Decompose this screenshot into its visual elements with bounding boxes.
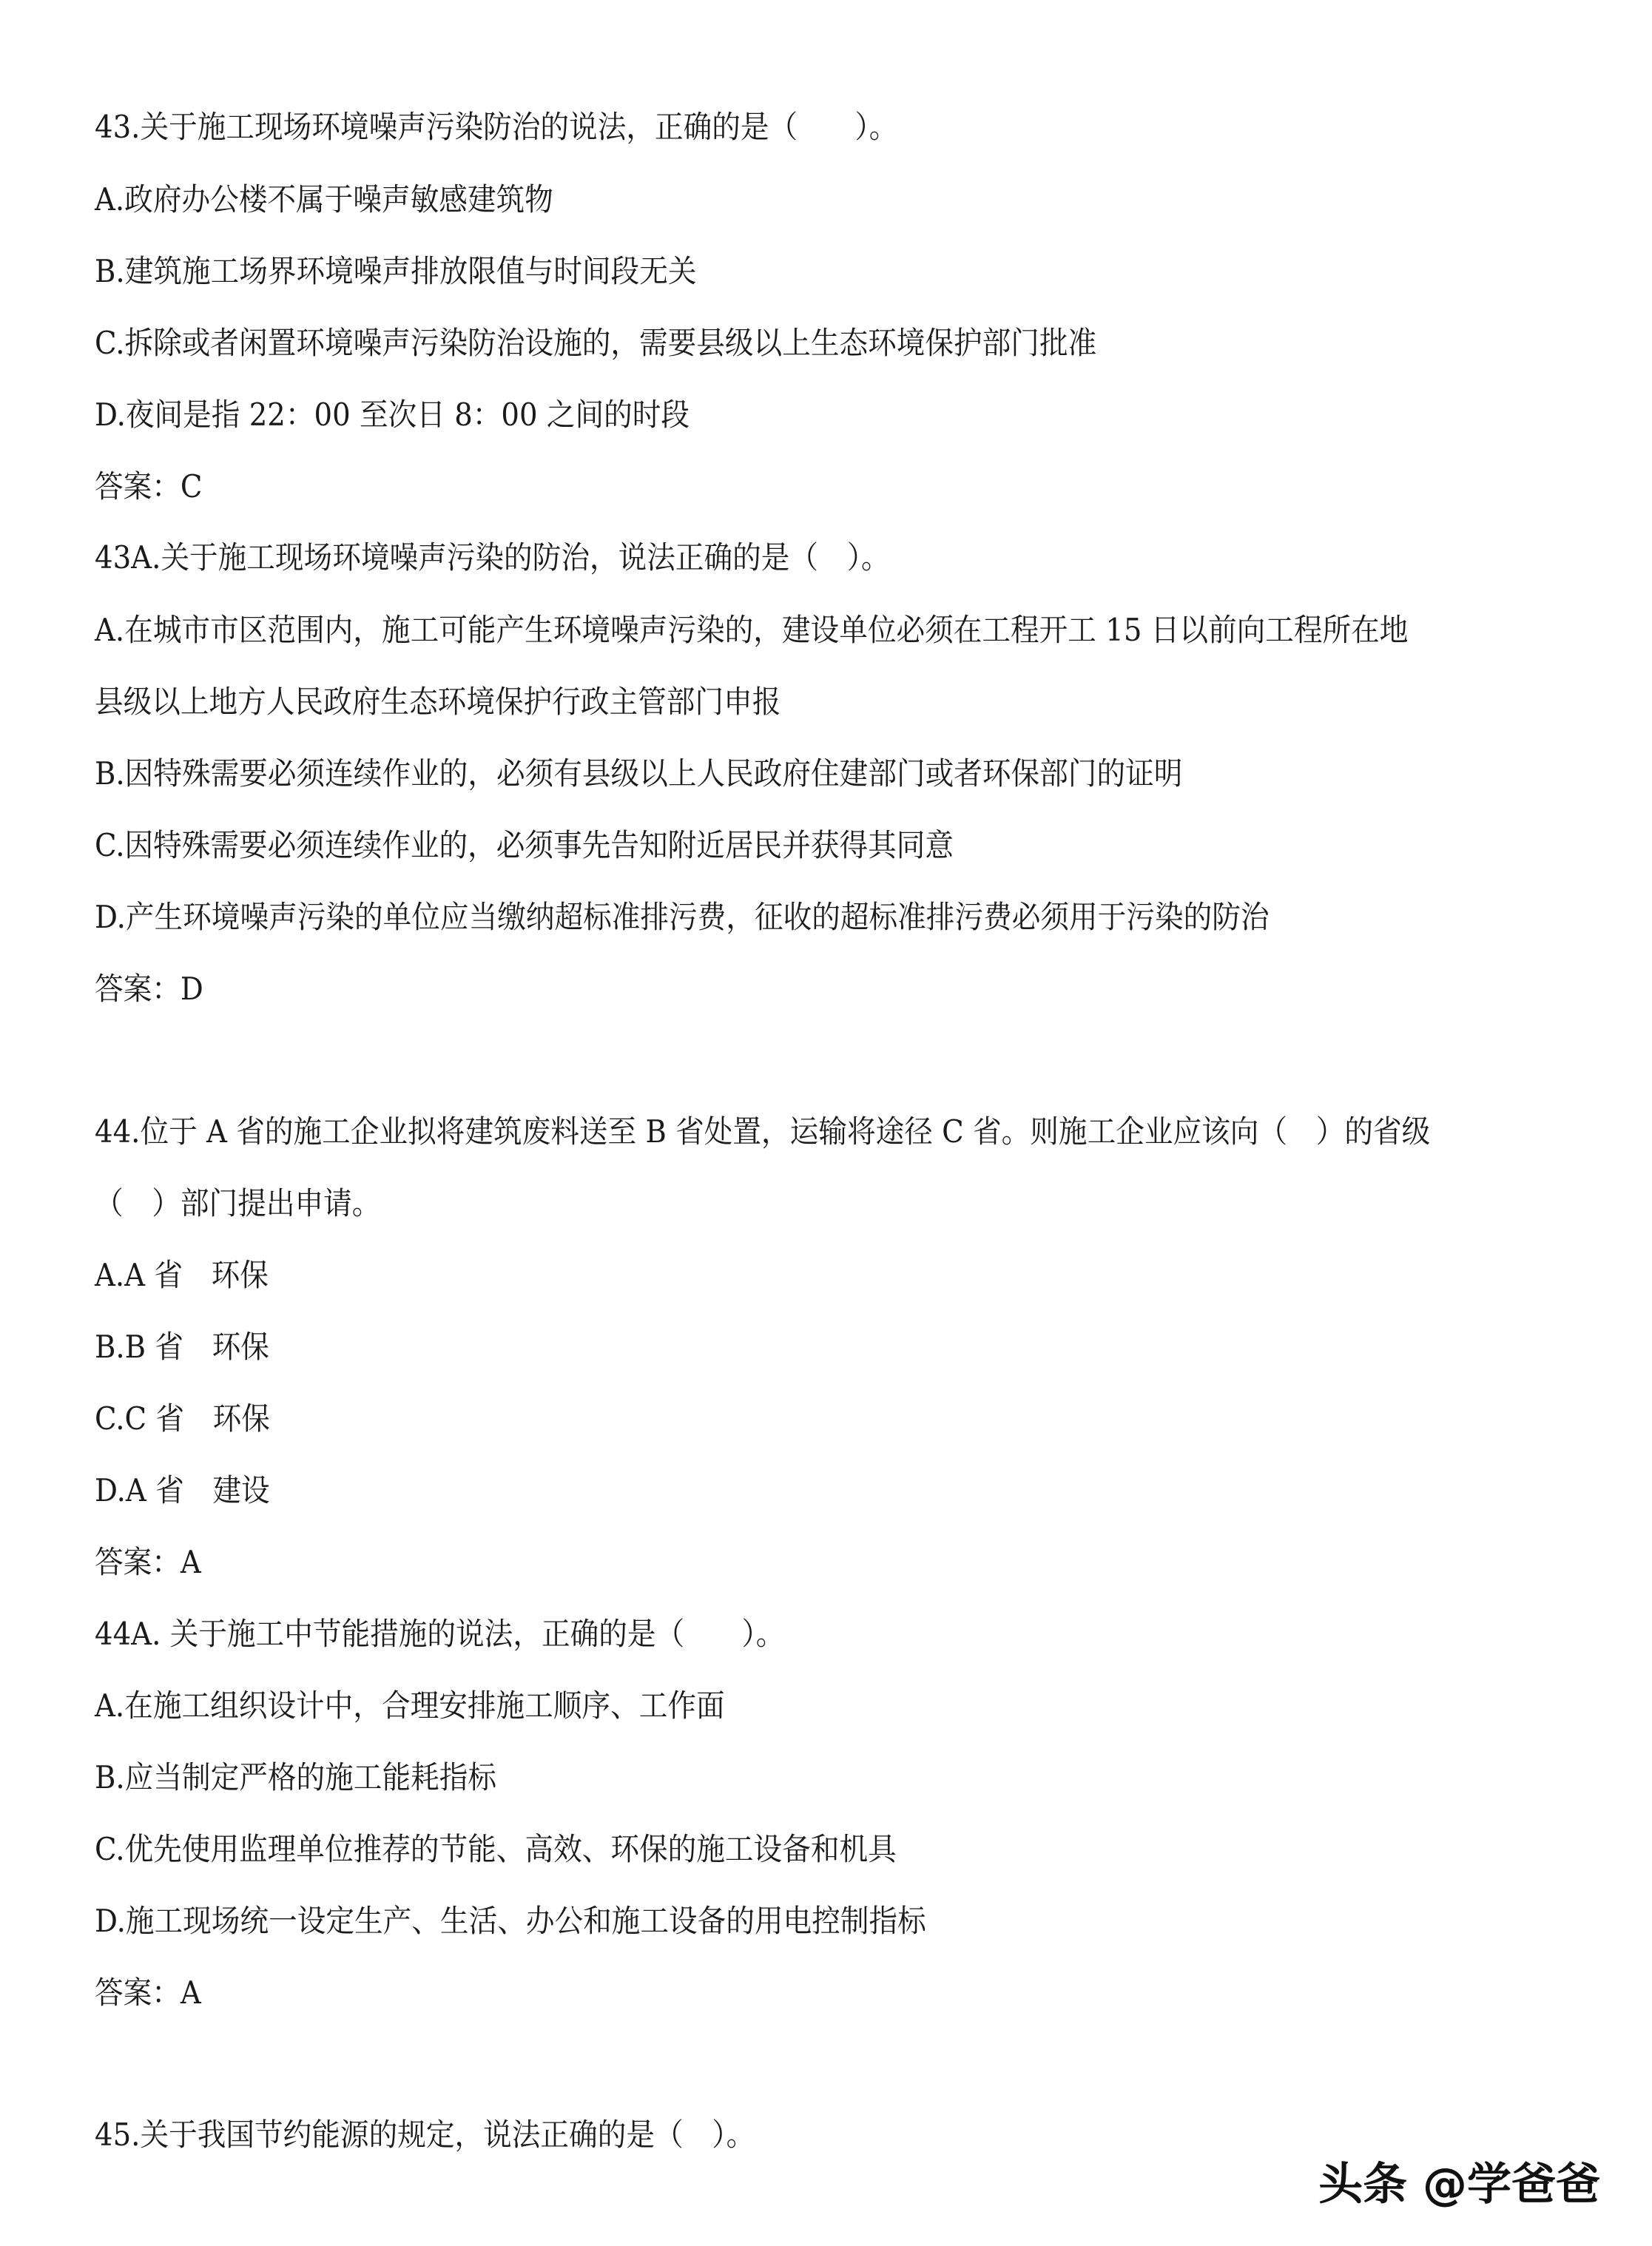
document-page: 43.关于施工现场环境噪声污染防治的说法，正确的是（ ）。 A.政府办公楼不属于… [0, 0, 1652, 2246]
question-43-option-d: D.夜间是指 22：00 至次日 8：00 之间的时段 [95, 396, 690, 434]
question-44a-option-a: A.在施工组织设计中，合理安排施工顺序、工作面 [95, 1687, 725, 1725]
question-44a-stem: 44A. 关于施工中节能措施的说法，正确的是（ ）。 [95, 1615, 784, 1653]
question-44a-answer: 答案：A [95, 1974, 201, 2012]
question-43a-option-a-cont: 县级以上地方人民政府生态环境保护行政主管部门申报 [95, 683, 781, 721]
question-43a-option-a: A.在城市市区范围内，施工可能产生环境噪声污染的，建设单位必须在工程开工 15 … [95, 611, 1408, 650]
question-44-option-c: C.C 省 环保 [95, 1400, 270, 1438]
question-44-answer: 答案：A [95, 1543, 201, 1582]
question-44a-option-c: C.优先使用监理单位推荐的节能、高效、环保的施工设备和机具 [95, 1830, 897, 1869]
question-43a-answer: 答案：D [95, 970, 203, 1008]
question-44a-option-d: D.施工现场统一设定生产、生活、办公和施工设备的用电控制指标 [95, 1902, 926, 1940]
question-43a-option-b: B.因特殊需要必须连续作业的，必须有县级以上人民政府住建部门或者环保部门的证明 [95, 755, 1182, 793]
source-watermark: 头条 @学爸爸 [1318, 2159, 1600, 2210]
question-43a-option-d: D.产生环境噪声污染的单位应当缴纳超标准排污费，征收的超标准排污费必须用于污染的… [95, 898, 1269, 937]
question-43-option-c: C.拆除或者闲置环境噪声污染防治设施的，需要县级以上生态环境保护部门批准 [95, 324, 1096, 362]
question-44-option-d: D.A 省 建设 [95, 1471, 270, 1510]
question-43a-stem: 43A.关于施工现场环境噪声污染的防治，说法正确的是（ ）。 [95, 539, 890, 577]
question-43-stem: 43.关于施工现场环境噪声污染防治的说法，正确的是（ ）。 [95, 108, 897, 146]
question-44-option-b: B.B 省 环保 [95, 1328, 269, 1366]
question-44-option-a: A.A 省 环保 [95, 1256, 269, 1295]
question-44-stem: 44.位于 A 省的施工企业拟将建筑废料送至 B 省处置，运输将途径 C 省。则… [95, 1113, 1430, 1151]
question-44a-option-b: B.应当制定严格的施工能耗指标 [95, 1758, 496, 1797]
question-43a-option-c: C.因特殊需要必须连续作业的，必须事先告知附近居民并获得其同意 [95, 826, 954, 865]
question-44-stem-cont: （ ）部门提出申请。 [95, 1184, 380, 1223]
question-45-stem: 45.关于我国节约能源的规定，说法正确的是（ ）。 [95, 2116, 755, 2154]
question-43-option-b: B.建筑施工场界环境噪声排放限值与时间段无关 [95, 252, 696, 291]
question-43-answer: 答案：C [95, 468, 202, 506]
question-43-option-a: A.政府办公楼不属于噪声敏感建筑物 [95, 181, 553, 219]
